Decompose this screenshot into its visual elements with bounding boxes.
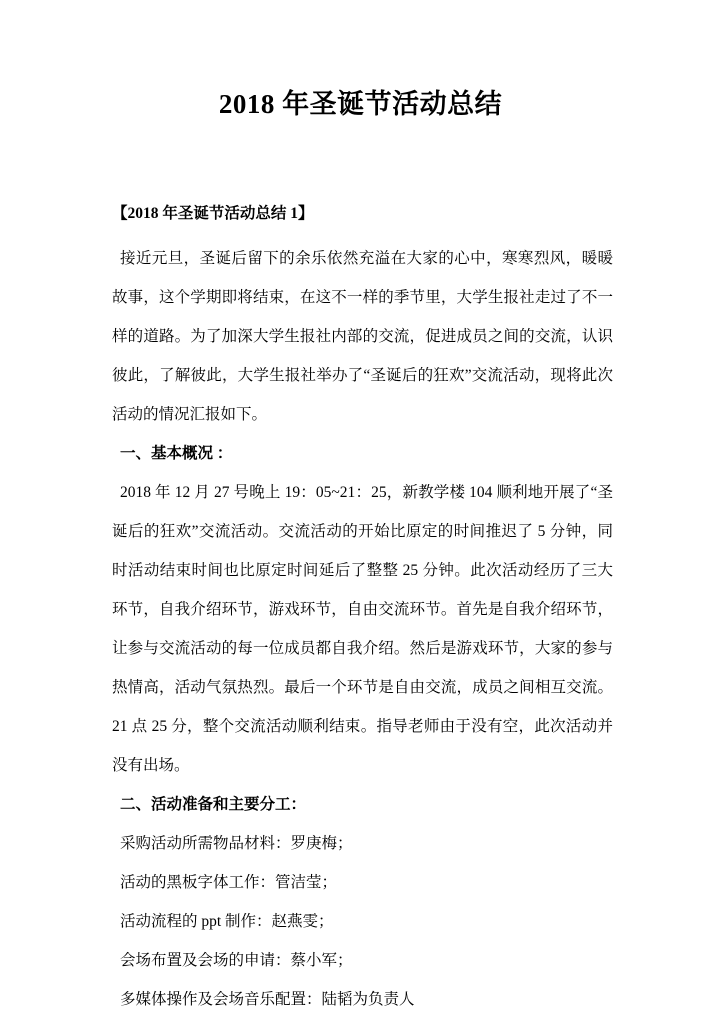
document-subtitle: 【2018 年圣诞节活动总结 1】 xyxy=(112,194,613,233)
list-item-purchasing: 采购活动所需物品材料：罗庚梅； xyxy=(112,824,613,863)
page-title: 2018 年圣诞节活动总结 xyxy=(0,0,721,194)
section-heading-overview: 一、基本概况 ： xyxy=(112,434,613,473)
paragraph-overview: 2018 年 12 月 27 号晚上 19：05~21：25，新教学楼 104 … xyxy=(112,473,613,785)
paragraph-intro: 接近元旦，圣诞后留下的余乐依然充溢在大家的心中，寒寒烈风，暖暖故事，这个学期即将… xyxy=(112,239,613,434)
list-item-venue: 会场布置及会场的申请：蔡小军； xyxy=(112,941,613,980)
list-item-ppt: 活动流程的 ppt 制作：赵燕雯； xyxy=(112,902,613,941)
document-body: 【2018 年圣诞节活动总结 1】 接近元旦，圣诞后留下的余乐依然充溢在大家的心… xyxy=(112,194,613,1019)
document-page: 2018 年圣诞节活动总结 【2018 年圣诞节活动总结 1】 接近元旦，圣诞后… xyxy=(0,0,721,1020)
section-heading-preparation: 二、活动准备和主要分工： xyxy=(112,785,613,824)
list-item-multimedia: 多媒体操作及会场音乐配置：陆韬为负责人 xyxy=(112,980,613,1019)
list-item-blackboard: 活动的黑板字体工作：管洁莹； xyxy=(112,863,613,902)
